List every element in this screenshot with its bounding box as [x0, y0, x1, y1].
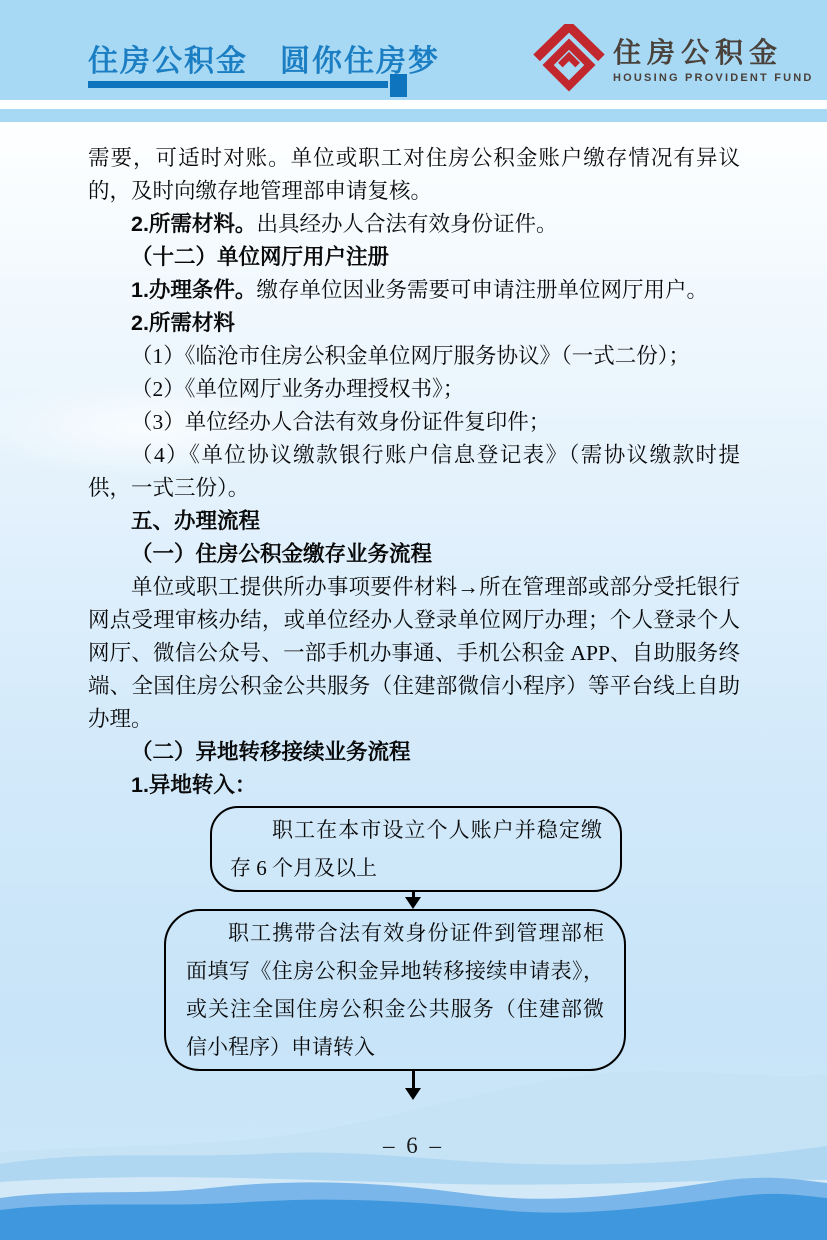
housing-fund-diamond-icon — [533, 24, 605, 96]
slogan-underline-bar — [88, 81, 388, 88]
material-item-3: （3）单位经办人合法有效身份证件复印件； — [88, 406, 740, 439]
logo-title-en: HOUSING PROVIDENT FUND — [613, 72, 814, 84]
header-divider-white — [0, 100, 827, 109]
item-conditions-text: 缴存单位因业务需要可申请注册单位网厅用户。 — [256, 278, 708, 302]
material-item-4: （4）《单位协议缴款银行账户信息登记表》（需协议缴款时提供，一式三份）。 — [88, 439, 740, 505]
section-5-1-text: 单位或职工提供所办事项要件材料→所在管理部或部分受托银行网点受理审核办结，或单位… — [88, 571, 740, 736]
logo: 住房公积金 HOUSING PROVIDENT FUND — [533, 24, 814, 96]
transfer-in-heading: 1.异地转入： — [88, 769, 740, 802]
document-page: 住房公积金 圆你住房梦 住房公积金 HOUSING PROVIDENT FUND — [0, 0, 827, 1240]
slogan-bar-end-square — [390, 74, 407, 97]
material-item-1: （1）《临沧市住房公积金单位网厅服务协议》（一式二份）； — [88, 340, 740, 373]
page-header: 住房公积金 圆你住房梦 住房公积金 HOUSING PROVIDENT FUND — [0, 0, 827, 100]
section-5-heading: 五、办理流程 — [88, 505, 740, 538]
item-materials-label: 2.所需材料。 — [131, 212, 256, 236]
section-12-heading: （十二）单位网厅用户注册 — [88, 241, 740, 274]
material-item-2: （2）《单位网厅业务办理授权书》； — [88, 373, 740, 406]
flowchart-step-1: 职工在本市设立个人账户并稳定缴存 6 个月及以上 — [210, 806, 622, 892]
flowchart-step-2: 职工携带合法有效身份证件到管理部柜面填写《住房公积金异地转移接续申请表》，或关注… — [164, 909, 626, 1071]
paragraph-continuation: 需要，可适时对账。单位或职工对住房公积金账户缴存情况有异议的，及时向缴存地管理部… — [88, 142, 740, 208]
logo-title-cn: 住房公积金 — [613, 37, 814, 69]
page-number: – 6 – — [0, 1133, 827, 1159]
section-5-2-heading: （二）异地转移接续业务流程 — [88, 736, 740, 769]
arrow-down-icon — [401, 1071, 425, 1100]
page-body: 需要，可适时对账。单位或职工对住房公积金账户缴存情况有异议的，及时向缴存地管理部… — [0, 122, 827, 1240]
logo-text-block: 住房公积金 HOUSING PROVIDENT FUND — [613, 37, 814, 84]
item-conditions-label: 1.办理条件。 — [131, 278, 256, 302]
arrow-down-icon — [401, 892, 425, 909]
arrow-shaft — [412, 1071, 415, 1088]
section-5-1-heading: （一）住房公积金缴存业务流程 — [88, 538, 740, 571]
item-materials-text: 出具经办人合法有效身份证件。 — [256, 212, 557, 236]
item-conditions: 1.办理条件。缴存单位因业务需要可申请注册单位网厅用户。 — [88, 274, 740, 307]
arrow-head — [405, 897, 421, 909]
item-materials: 2.所需材料。出具经办人合法有效身份证件。 — [88, 208, 740, 241]
document-content: 需要，可适时对账。单位或职工对住房公积金账户缴存情况有异议的，及时向缴存地管理部… — [0, 122, 827, 1100]
header-slogan: 住房公积金 圆你住房梦 — [88, 36, 440, 80]
arrow-head — [405, 1088, 421, 1100]
item-materials2-heading: 2.所需材料 — [88, 307, 740, 340]
header-divider-blue — [0, 109, 827, 122]
